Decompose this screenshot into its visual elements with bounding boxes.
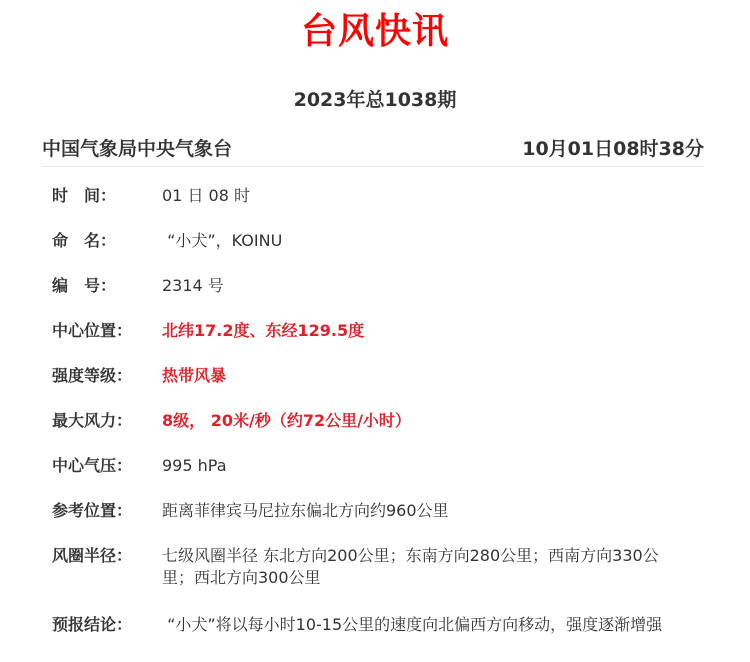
field-value: “小犬”将以每小时10-15公里的速度向北偏西方向移动，强度逐渐增强 (162, 614, 692, 636)
field-reference-position: 参考位置： 距离菲律宾马尼拉东偏北方向约960公里 (52, 500, 702, 522)
issue-number: 2023年总1038期 (0, 86, 750, 114)
field-max-wind: 最大风力： 8级， 20米/秒（约72公里/小时） (52, 410, 702, 432)
field-center-position: 中心位置： 北纬17.2度、东经129.5度 (52, 320, 702, 342)
field-label: 风圈半径： (52, 545, 162, 589)
issue-timestamp: 10月01日08时38分 (522, 135, 704, 163)
field-value: “小犬”，KOINU (162, 230, 702, 252)
field-value: 8级， 20米/秒（约72公里/小时） (162, 410, 702, 432)
field-name: 命 名： “小犬”，KOINU (52, 230, 702, 252)
field-value: 995 hPa (162, 455, 702, 477)
field-label: 最大风力： (52, 410, 162, 432)
field-label: 时 间： (52, 185, 162, 207)
field-label: 编 号： (52, 275, 162, 297)
page-title: 台风快讯 (0, 8, 750, 56)
field-wind-radius: 风圈半径： 七级风圈半径 东北方向200公里；东南方向280公里；西南方向330… (52, 545, 702, 589)
field-intensity: 强度等级： 热带风暴 (52, 365, 702, 387)
issuing-agency: 中国气象局中央气象台 (42, 135, 232, 163)
field-number: 编 号： 2314 号 (52, 275, 702, 297)
field-label: 命 名： (52, 230, 162, 252)
field-label: 中心气压： (52, 455, 162, 477)
field-value: 七级风圈半径 东北方向200公里；东南方向280公里；西南方向330公里；西北方… (162, 545, 687, 589)
bulletin-header: 中国气象局中央气象台 10月01日08时38分 (42, 135, 704, 163)
field-value: 2314 号 (162, 275, 702, 297)
field-forecast-conclusion: 预报结论： “小犬”将以每小时10-15公里的速度向北偏西方向移动，强度逐渐增强 (52, 614, 702, 636)
field-central-pressure: 中心气压： 995 hPa (52, 455, 702, 477)
header-divider (42, 166, 704, 167)
field-label: 参考位置： (52, 500, 162, 522)
field-label: 中心位置： (52, 320, 162, 342)
field-label: 预报结论： (52, 614, 162, 636)
field-value: 北纬17.2度、东经129.5度 (162, 320, 702, 342)
field-value: 距离菲律宾马尼拉东偏北方向约960公里 (162, 500, 702, 522)
field-label: 强度等级： (52, 365, 162, 387)
field-value: 01 日 08 时 (162, 185, 702, 207)
field-value: 热带风暴 (162, 365, 702, 387)
field-time: 时 间： 01 日 08 时 (52, 185, 702, 207)
